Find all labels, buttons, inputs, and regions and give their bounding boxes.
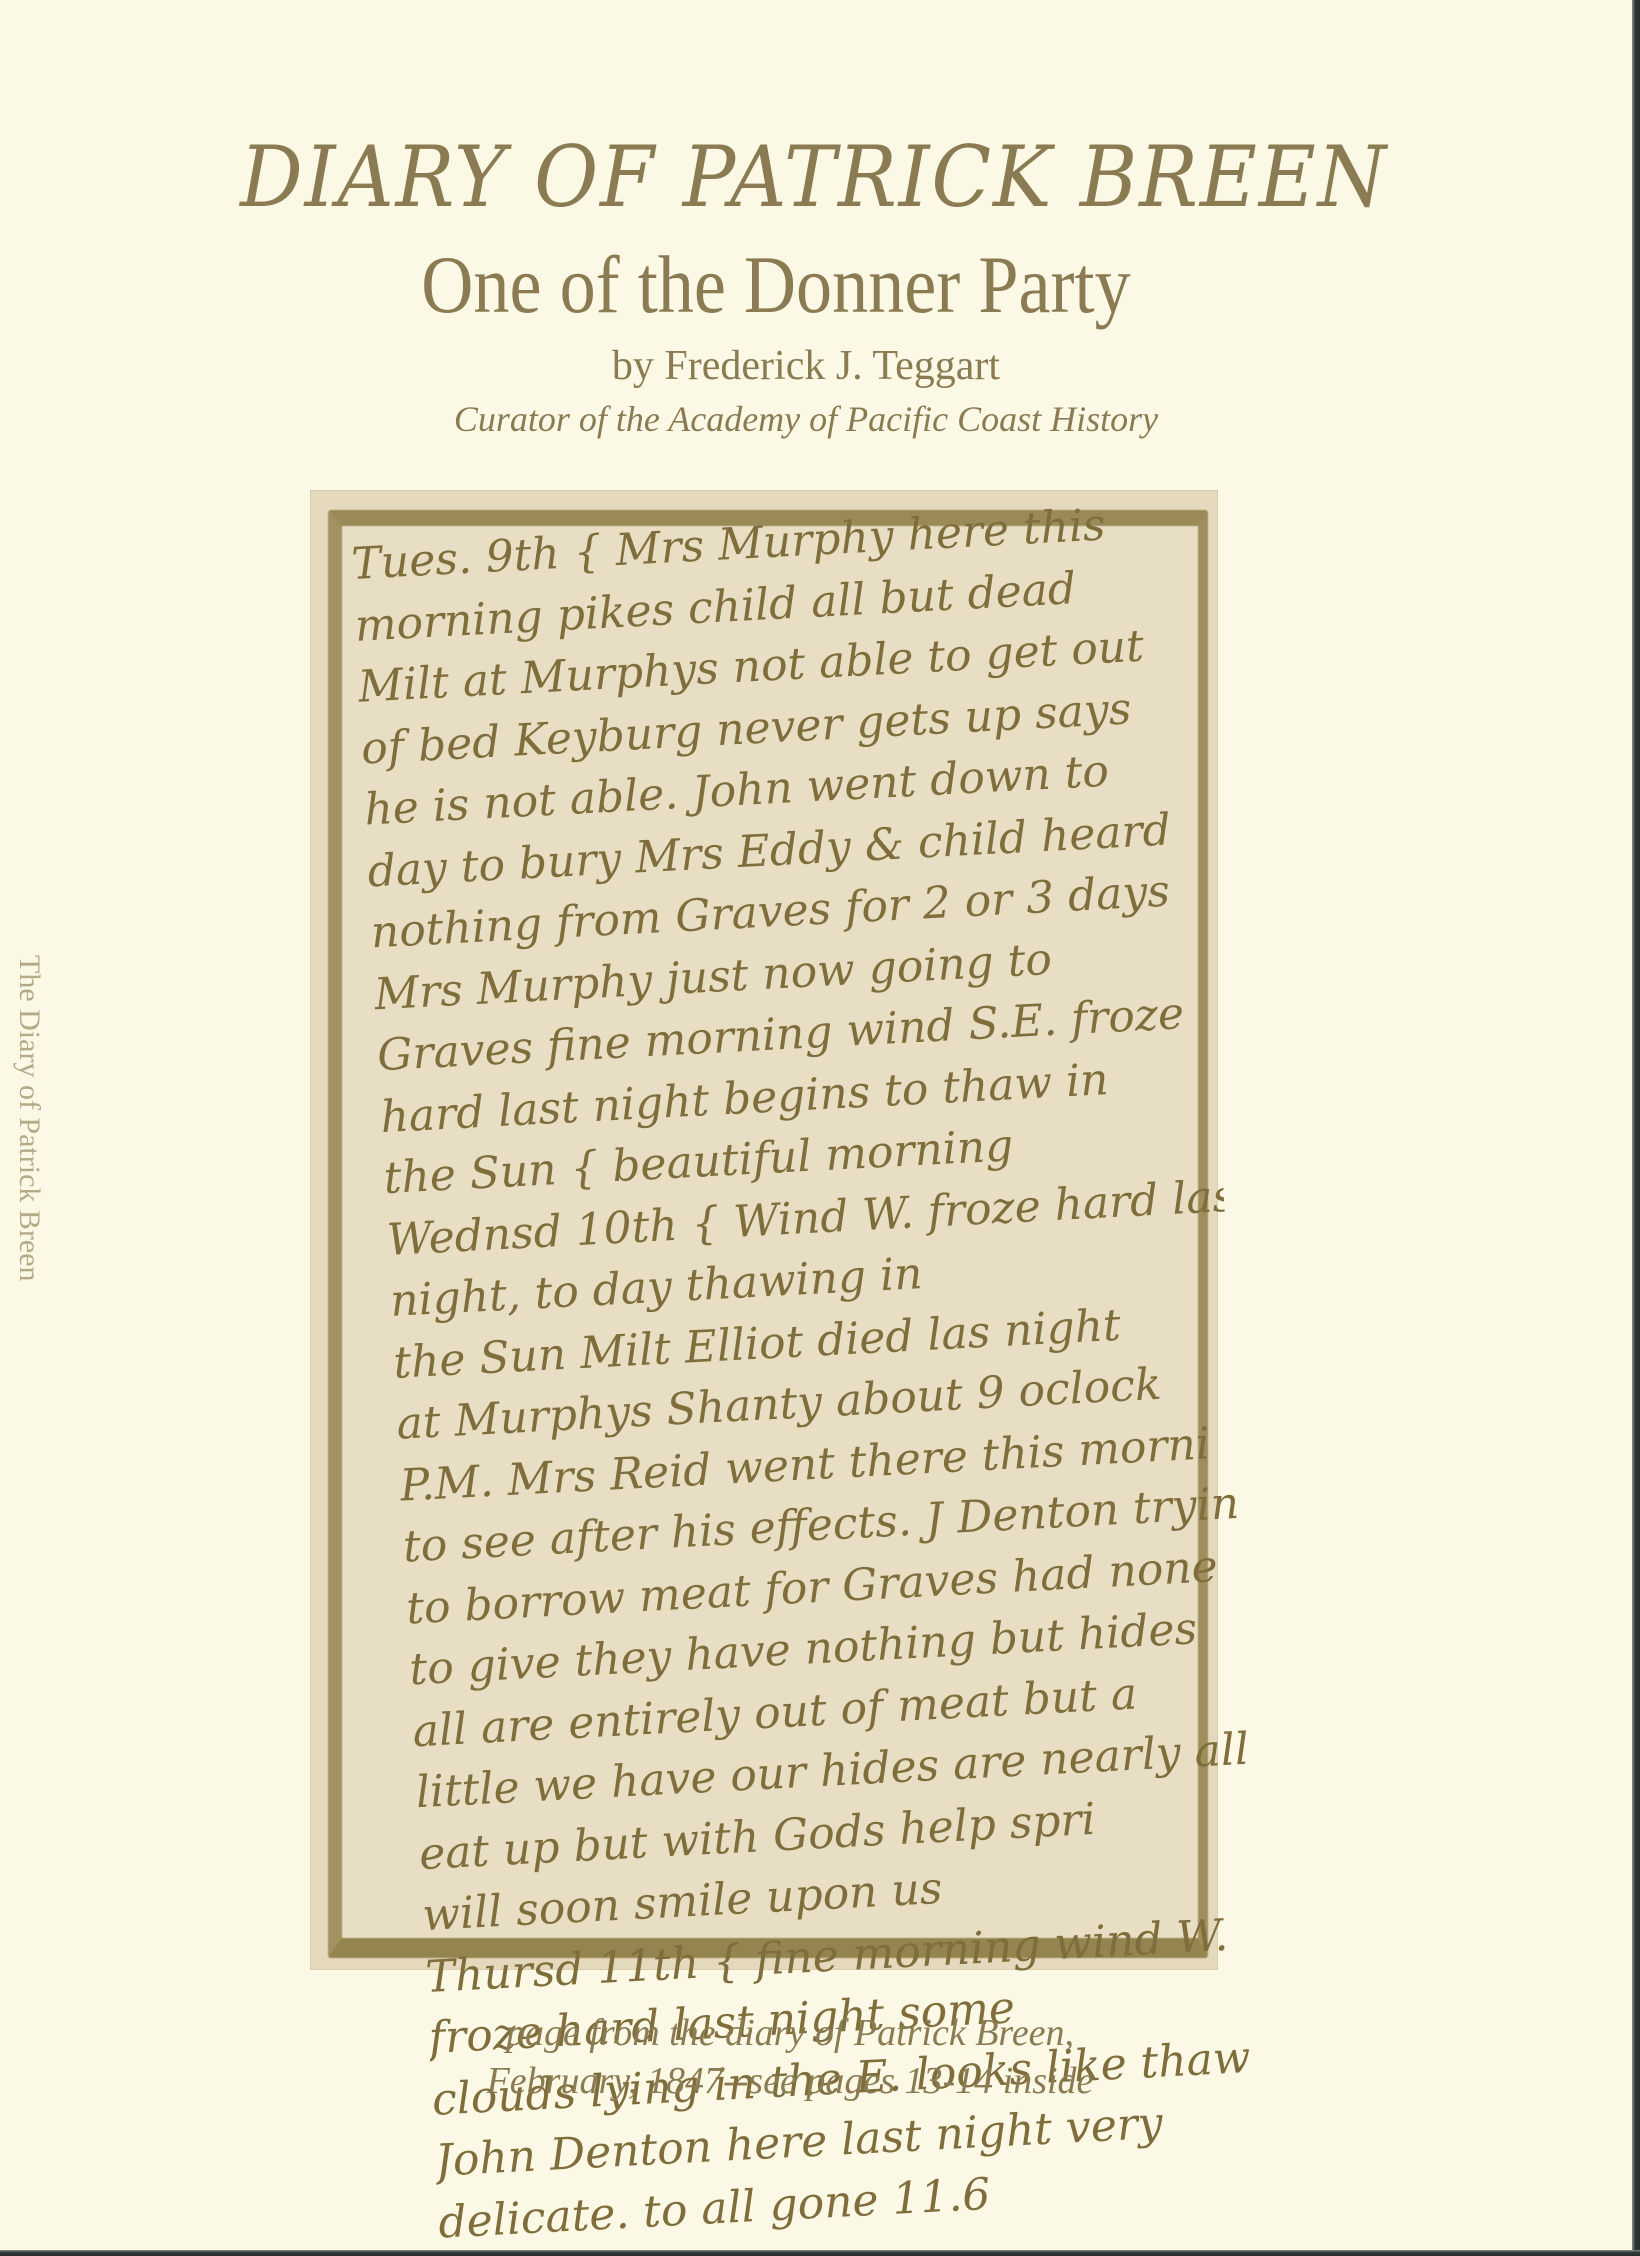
book-edge-bottom <box>0 2250 1640 2256</box>
author-line: by Frederick J. Teggart <box>0 342 1622 390</box>
manuscript-image: Tues. 9th { Mrs Murphy here this morning… <box>310 490 1218 1970</box>
manuscript-handwriting: Tues. 9th { Mrs Murphy here this morning… <box>350 490 1260 1928</box>
image-caption-line-2: February, 1847--see pages 13-14 inside <box>0 2058 1606 2104</box>
spine-text: The Diary of Patrick Breen <box>6 955 46 1355</box>
book-cover: DIARY OF PATRICK BREEN One of the Donner… <box>0 0 1632 2250</box>
book-subtitle: One of the Donner Party <box>58 238 1494 332</box>
author-role: Curator of the Academy of Pacific Coast … <box>0 398 1622 440</box>
book-edge-right <box>1632 0 1640 2256</box>
book-title: DIARY OF PATRICK BREEN <box>55 128 1573 226</box>
image-caption-line-1: page from the diary of Patrick Breen, <box>0 2010 1606 2056</box>
